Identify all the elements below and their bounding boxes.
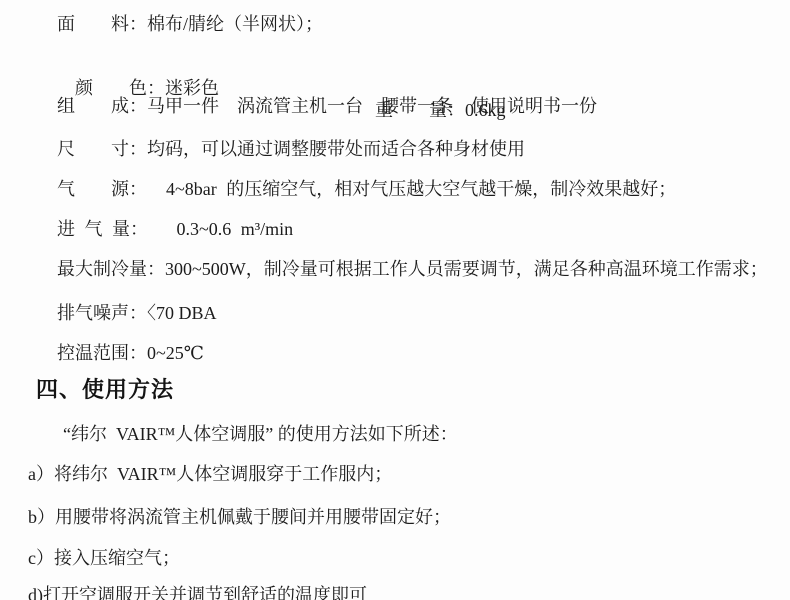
usage-step-d: d)打开空调服开关并调节到舒适的温度即可 bbox=[28, 584, 367, 600]
usage-step-b: b）用腰带将涡流管主机佩戴于腰间并用腰带固定好； bbox=[28, 506, 451, 528]
section-heading-usage: 四、使用方法 bbox=[36, 377, 174, 403]
spec-line-max-cooling: 最大制冷量：300~500W，制冷量可根据工作人员需要调节，满足各种高温环境工作… bbox=[57, 258, 768, 280]
spec-line-intake: 进 气 量： 0.3~0.6 m³/min bbox=[57, 218, 293, 240]
spec-line-temp-range: 控温范围：0~25℃ bbox=[57, 342, 204, 364]
usage-step-c: c）接入压缩空气； bbox=[28, 547, 180, 569]
spec-line-fabric: 面 料：棉布/腈纶（半网状）； bbox=[57, 13, 323, 35]
document-page: 面 料：棉布/腈纶（半网状）； 颜 色：迷彩色 重 量：0.6kg 组 成：马甲… bbox=[0, 0, 790, 600]
usage-intro: “纬尔 VAIR™人体空调服” 的使用方法如下所述： bbox=[63, 423, 458, 445]
spec-line-composition: 组 成：马甲一件 涡流管主机一台 腰带一条 使用说明书一份 bbox=[57, 95, 597, 117]
spec-line-air-source: 气 源： 4~8bar 的压缩空气，相对气压越大空气越干燥，制冷效果越好； bbox=[57, 178, 676, 200]
spec-line-noise: 排气噪声：〈70 DBA bbox=[57, 302, 217, 324]
spec-line-size: 尺 寸：均码，可以通过调整腰带处而适合各种身材使用 bbox=[57, 138, 525, 160]
usage-step-a: a）将纬尔 VAIR™人体空调服穿于工作服内； bbox=[28, 463, 392, 485]
